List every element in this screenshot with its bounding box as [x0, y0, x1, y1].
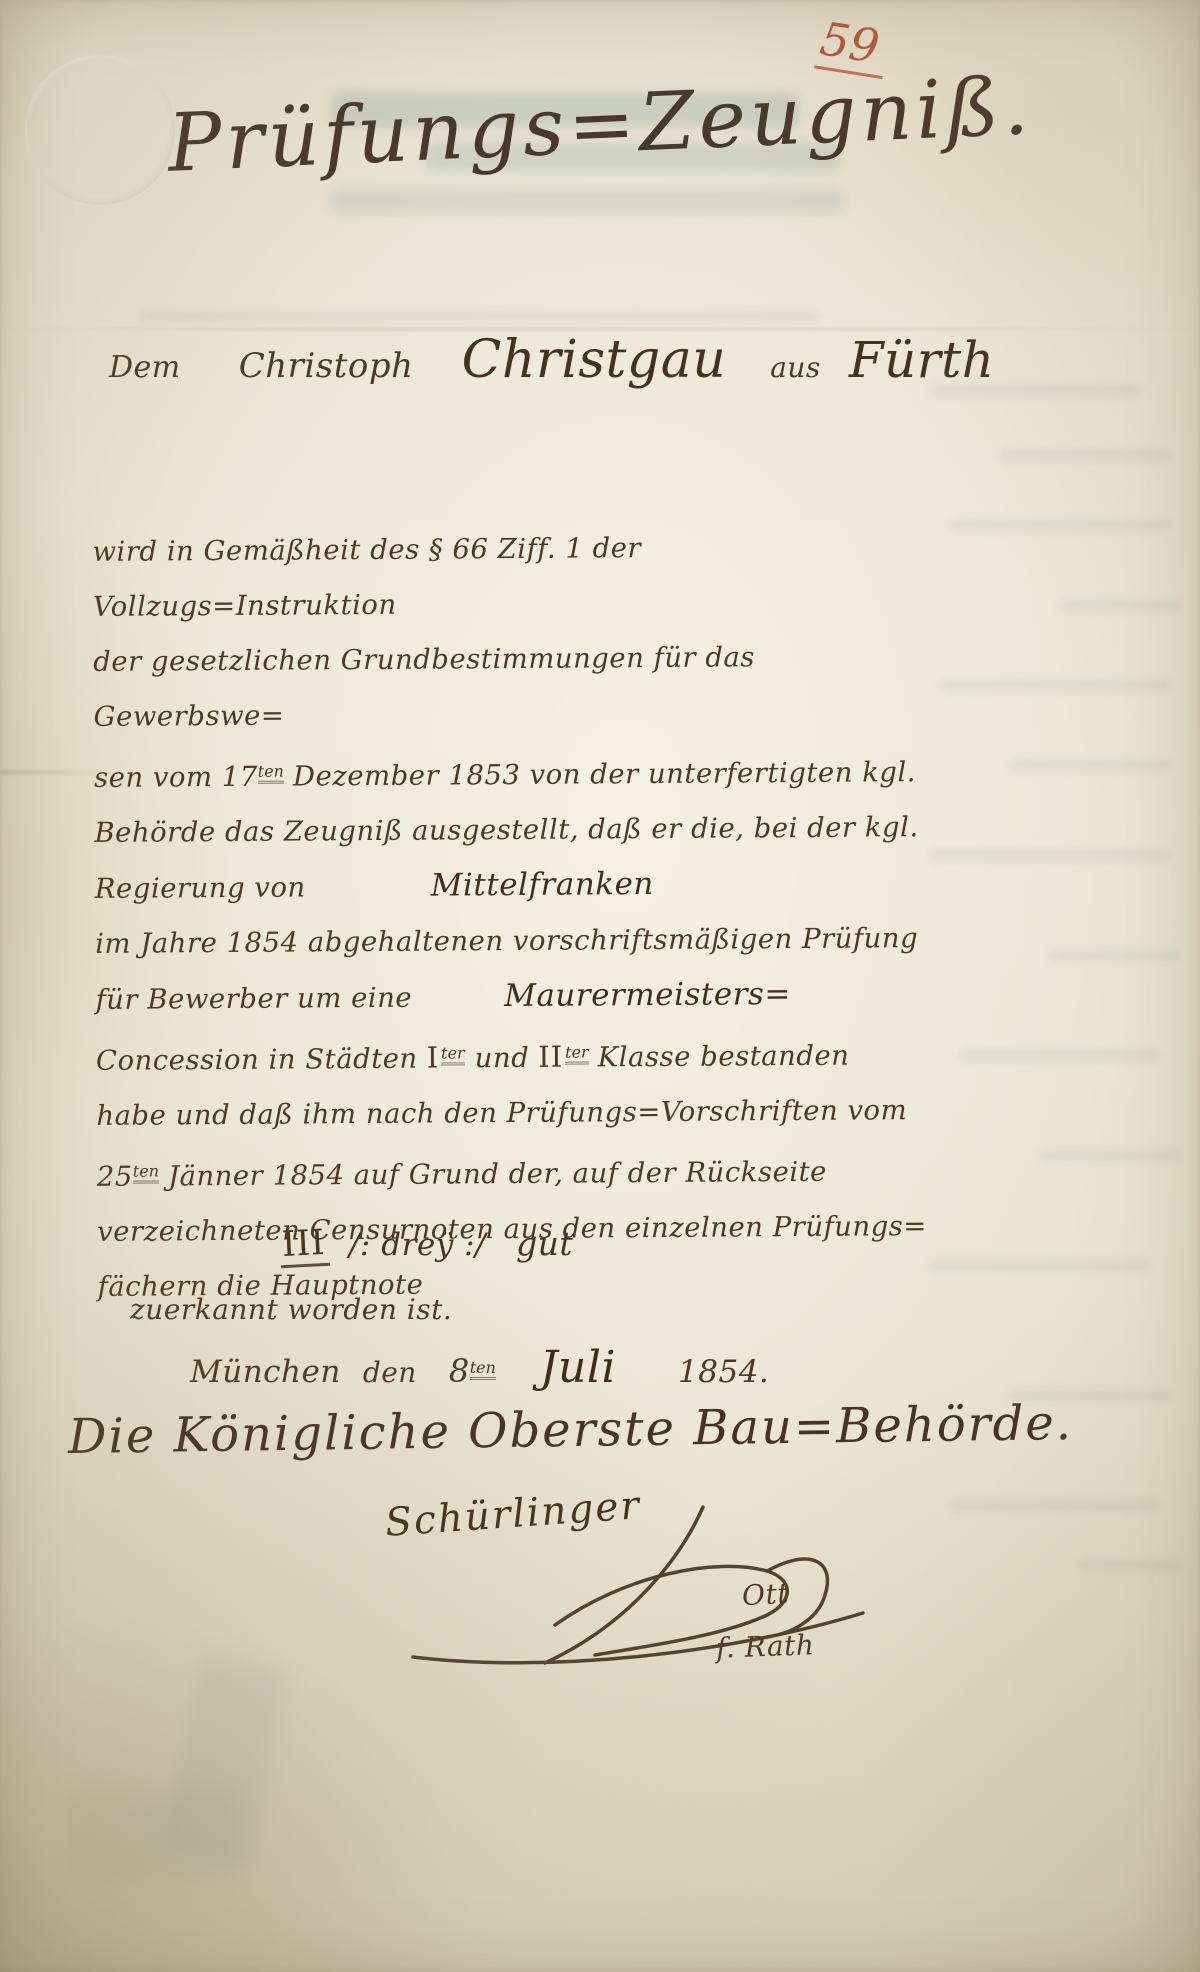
- bleedthrough-ghost: [70, 1790, 240, 1880]
- body-line-5-text: Regierung von: [95, 871, 306, 904]
- body-line-1: wird in Gemäßheit des § 66 Ziff. 1 der V…: [92, 519, 928, 635]
- ordinal-suffix: ten: [133, 1161, 159, 1183]
- certificate-body: wird in Gemäßheit des § 66 Ziff. 1 der V…: [92, 519, 932, 1315]
- bleedthrough-ghost: [930, 850, 1170, 861]
- awarded-line: zuerkannt worden ist.: [130, 1293, 452, 1326]
- body-line-3-text: sen vom 17: [94, 761, 258, 794]
- body-line-10-text: 25: [97, 1161, 133, 1193]
- grade-line: III /: dreÿ :/ gut: [280, 1224, 573, 1267]
- countersign-title: f. Rath: [715, 1628, 814, 1664]
- class-numeral-two: II: [538, 1040, 563, 1074]
- bleedthrough-ghost: [1060, 600, 1180, 611]
- issue-year: 1854.: [678, 1354, 769, 1390]
- issue-day-number: 8: [449, 1352, 470, 1390]
- bleedthrough-ghost: [950, 1500, 1160, 1511]
- issue-day: 8ten: [449, 1352, 496, 1390]
- grade-annotation: /: dreÿ :/: [349, 1227, 486, 1263]
- ordinal-suffix: ten: [258, 762, 284, 784]
- bleedthrough-ghost: [1080, 1560, 1180, 1571]
- body-line-7-text: für Bewerber um eine: [95, 982, 412, 1016]
- body-line-10: 25tenJänner 1854 auf Grund der, auf der …: [97, 1138, 932, 1205]
- bleedthrough-ghost: [950, 520, 1170, 531]
- bleedthrough-ghost: [1050, 950, 1180, 961]
- document-title: Prüfungs=Zeugniß.: [0, 52, 1200, 197]
- body-line-4: Behörde das Zeugniß ausgestellt, daß er …: [94, 800, 929, 861]
- signature-name: Schürlinger: [384, 1483, 643, 1546]
- ordinal-suffix: ten: [470, 1358, 496, 1380]
- body-line-8-text: Klasse bestanden: [598, 1040, 850, 1074]
- bleedthrough-ghost: [160, 1653, 290, 1867]
- inserted-trade-name: Maurermeisters=: [504, 976, 791, 1014]
- issue-city: München: [190, 1354, 341, 1390]
- issue-month: Juli: [540, 1342, 616, 1393]
- salutation-line: Dem Christoph Christgau aus Fürth: [95, 330, 955, 390]
- bleedthrough-ghost: [930, 1260, 1150, 1271]
- bleedthrough-ghost: [1000, 450, 1170, 461]
- body-line-7: für Bewerber um eineMaurermeisters=: [95, 966, 930, 1028]
- body-line-3: sen vom 17tenDezember 1853 von der unter…: [94, 739, 929, 806]
- body-line-8-text: und: [475, 1042, 530, 1074]
- bleedthrough-ghost: [330, 188, 845, 214]
- bleedthrough-ghost: [1010, 760, 1170, 771]
- ordinal-suffix: ter: [441, 1043, 465, 1065]
- body-line-6: im Jahre 1854 abgehaltenen vorschriftsmä…: [95, 911, 930, 972]
- salutation-dem: Dem: [109, 350, 181, 385]
- recipient-first-name: Christoph: [239, 346, 414, 386]
- body-line-9: habe und daß ihm nach den Prüfungs=Vorsc…: [96, 1083, 931, 1144]
- bleedthrough-ghost: [940, 680, 1170, 691]
- recipient-place: Fürth: [849, 331, 995, 389]
- countersign-name: Ott: [741, 1577, 790, 1612]
- body-line-8: Concession in StädtenIterundIIterKlasse …: [96, 1022, 931, 1089]
- class-numeral-one: I: [427, 1041, 440, 1075]
- salutation-aus: aus: [770, 351, 821, 384]
- bleedthrough-ghost: [960, 1050, 1160, 1061]
- issuing-authority: Die Königliche Oberste Bau=Behörde.: [68, 1395, 1074, 1465]
- grade-roman-numeral: III: [279, 1223, 330, 1269]
- date-den: den: [363, 1356, 417, 1389]
- certificate-page: 59 Prüfungs=Zeugniß. Dem Christoph Chris…: [0, 0, 1200, 1972]
- ordinal-suffix: ter: [565, 1042, 589, 1064]
- body-line-10-text: Jänner 1854 auf Grund der, auf der Rücks…: [168, 1156, 827, 1193]
- body-line-5: Regierung vonMittelfranken: [95, 855, 930, 917]
- recipient-surname: Christgau: [462, 330, 727, 390]
- body-line-8-text: Concession in Städten: [96, 1043, 418, 1077]
- bleedthrough-ghost: [140, 312, 820, 321]
- grade-word: gut: [516, 1224, 573, 1263]
- bleedthrough-ghost: [1040, 1150, 1180, 1161]
- inserted-district-name: Mittelfranken: [431, 866, 654, 904]
- place-date-line: München den 8ten Juli 1854.: [190, 1342, 769, 1393]
- body-line-3-text: Dezember 1853 von der unterfertigten kgl…: [293, 756, 916, 792]
- body-line-2: der gesetzlichen Grundbestimmungen für d…: [93, 629, 929, 745]
